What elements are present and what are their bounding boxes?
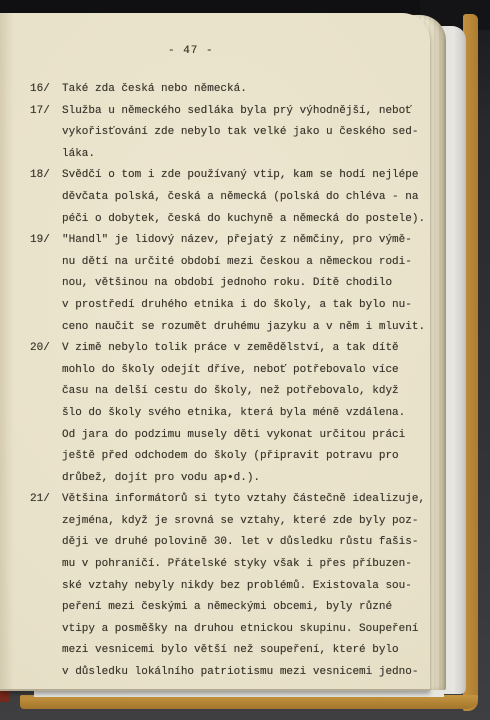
footnote-line: nu dětí na určité období mezi českou a n… <box>62 252 432 274</box>
footnote-lines: Služba u německého sedláka byla prý výho… <box>62 101 432 166</box>
footnote-lines: Svědčí o tom i zde používaný vtip, kam s… <box>62 165 432 230</box>
footnote-line: ještě před odchodem do školy (připravit … <box>62 446 432 468</box>
footnote-line: láka. <box>62 144 432 166</box>
footnote-line: Služba u německého sedláka byla prý výho… <box>62 101 432 123</box>
footnote-item: 21/ Většina informátorů si tyto vztahy č… <box>30 489 432 683</box>
footnote-lines: "Handl" je lidový název, přejatý z němči… <box>62 230 432 338</box>
book-cover-edge-bottom <box>20 695 478 709</box>
footnote-number: 17/ <box>30 101 62 123</box>
page-number: - 47 - <box>168 45 214 57</box>
footnote-number: 20/ <box>30 338 62 360</box>
footnote-line: vykořisťování zde nebylo tak velké jako … <box>62 122 432 144</box>
footnote-line: mezi vesnicemi bylo větší než soupeření,… <box>62 640 432 662</box>
footnote-item: 20/ V zimě nebylo tolik práce v zeměděls… <box>30 338 432 489</box>
footnote-line: Většina informátorů si tyto vztahy částe… <box>62 489 432 511</box>
footnote-line: ceno naučit se rozumět druhému jazyku a … <box>62 317 432 339</box>
footnote-line: mu v pohraničí. Přátelské styky však i p… <box>62 554 432 576</box>
footnote-number: 19/ <box>30 230 62 252</box>
footnote-line: času na delší cestu do školy, než potřeb… <box>62 381 432 403</box>
footnote-line: "Handl" je lidový název, přejatý z němči… <box>62 230 432 252</box>
footnote-item: 16/ Také zda česká nebo německá. <box>30 79 432 101</box>
footnote-list: 16/ Také zda česká nebo německá. 17/ Slu… <box>30 79 432 684</box>
footnote-number: 16/ <box>30 79 62 101</box>
footnote-line: péči o dobytek, česká do kuchyně a němec… <box>62 209 432 231</box>
book-spine-fragment <box>0 691 9 702</box>
book-top-shadow <box>0 0 490 14</box>
footnote-line: nou, většinou na období jednoho roku. Dí… <box>62 273 432 295</box>
footnote-line: V zimě nebylo tolik práce v zemědělství,… <box>62 338 432 360</box>
footnote-number: 18/ <box>30 165 62 187</box>
footnote-lines: Většina informátorů si tyto vztahy částe… <box>62 489 432 683</box>
footnote-line: drůbež, dojít pro vodu ap•d.). <box>62 468 432 490</box>
footnote-line: Od jara do podzimu musely děti vykonat u… <box>62 425 432 447</box>
footnote-number: 21/ <box>30 489 62 511</box>
footnote-item: 18/ Svědčí o tom i zde používaný vtip, k… <box>30 165 432 230</box>
footnote-item: 19/ "Handl" je lidový název, přejatý z n… <box>30 230 432 338</box>
footnote-line: v důsledku lokálního patriotismu mezi ve… <box>62 662 432 684</box>
footnote-line: šlo do školy svého etnika, která byla mé… <box>62 403 432 425</box>
footnote-line: peření mezi českými a německými obcemi, … <box>62 597 432 619</box>
footnote-line: vtipy a posměšky na druhou etnickou skup… <box>62 619 432 641</box>
footnote-line: Také zda česká nebo německá. <box>62 79 432 101</box>
footnote-line: Svědčí o tom i zde používaný vtip, kam s… <box>62 165 432 187</box>
footnote-item: 17/ Služba u německého sedláka byla prý … <box>30 101 432 166</box>
footnote-line: mohlo do školy odejít dříve, neboť potře… <box>62 360 432 382</box>
footnote-line: ské vztahy nebyly nikdy bez problémů. Ex… <box>62 576 432 598</box>
footnote-line: v prostředí druhého etnika i do školy, a… <box>62 295 432 317</box>
footnote-line: zejména, když je srovná se vztahy, které… <box>62 511 432 533</box>
photo-background: - 47 - 16/ Také zda česká nebo německá. … <box>0 0 490 720</box>
footnote-lines: V zimě nebylo tolik práce v zemědělství,… <box>62 338 432 489</box>
scanned-page: - 47 - 16/ Také zda česká nebo německá. … <box>0 13 430 691</box>
footnote-lines: Také zda česká nebo německá. <box>62 79 432 101</box>
footnote-line: děvčata polská, česká a německá (polská … <box>62 187 432 209</box>
footnote-line: ději ve druhé polovině 30. let v důsledk… <box>62 532 432 554</box>
